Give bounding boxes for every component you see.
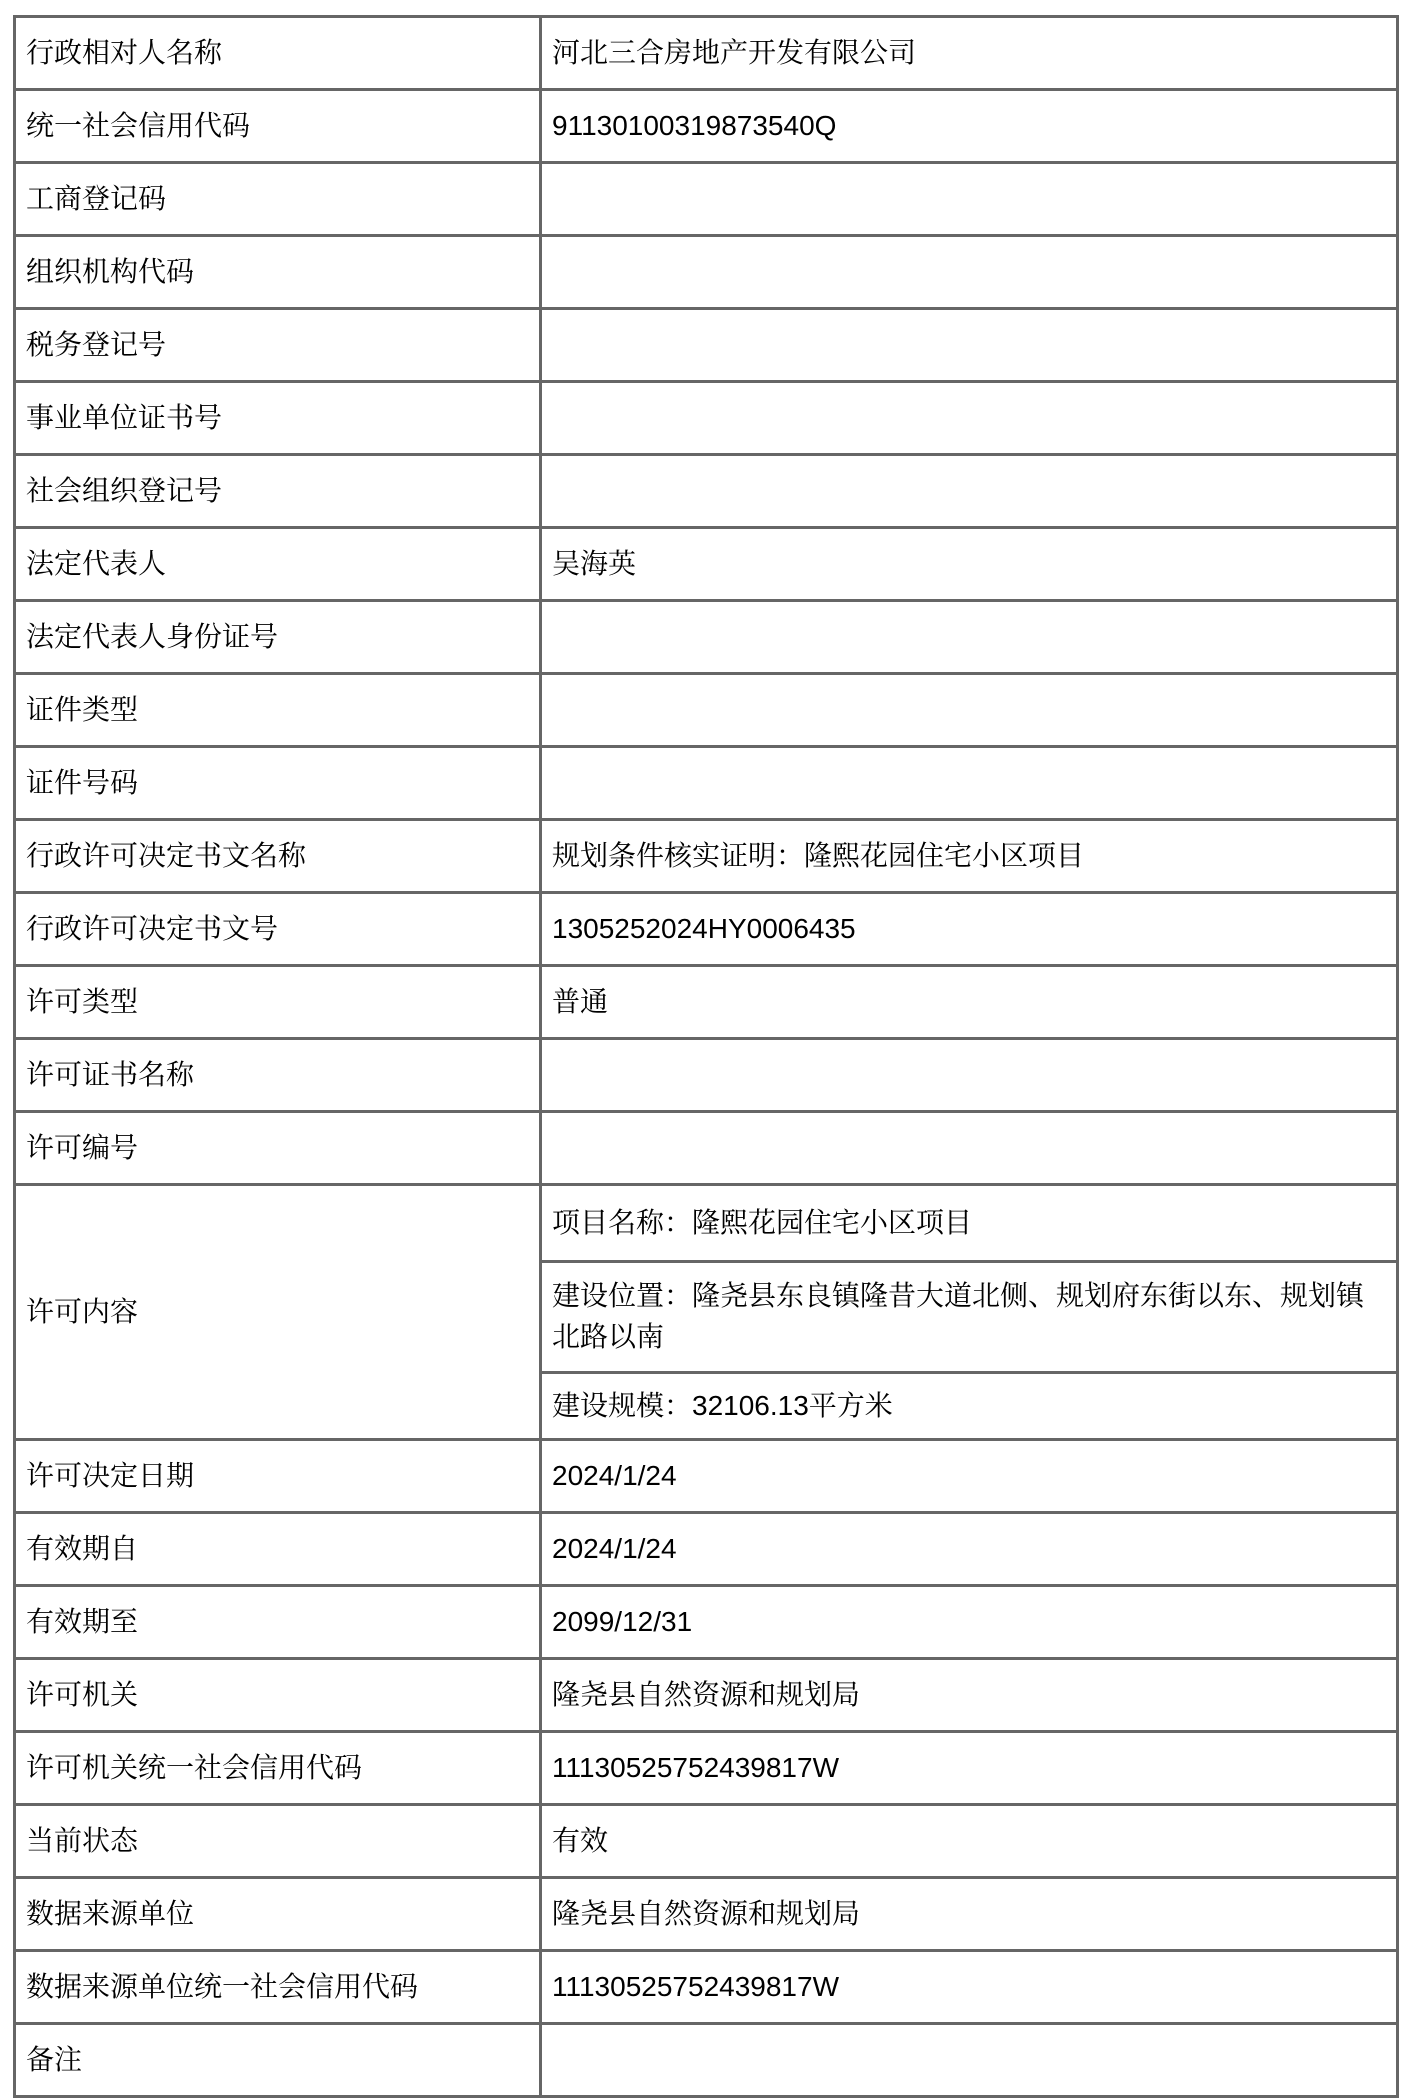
table-row: 事业单位证书号 (15, 382, 1398, 455)
row-value-cell: 1305252024HY0006435 (541, 893, 1398, 966)
row-value-cell (541, 455, 1398, 528)
table-row: 许可机关统一社会信用代码 11130525752439817W (15, 1732, 1398, 1805)
row-value-cell: 2024/1/24 (541, 1440, 1398, 1513)
table-row: 社会组织登记号 (15, 455, 1398, 528)
row-value-cell (541, 236, 1398, 309)
table-row: 有效期自 2024/1/24 (15, 1513, 1398, 1586)
table-row: 备注 (15, 2024, 1398, 2097)
row-label-cell: 工商登记码 (15, 163, 541, 236)
row-value-cell: 普通 (541, 966, 1398, 1039)
row-value-cell (541, 163, 1398, 236)
row-value-cell: 有效 (541, 1805, 1398, 1878)
table-row: 有效期至 2099/12/31 (15, 1586, 1398, 1659)
row-label-cell: 证件类型 (15, 674, 541, 747)
row-label-cell: 许可编号 (15, 1112, 541, 1185)
row-label-cell: 当前状态 (15, 1805, 541, 1878)
row-label-cell: 有效期自 (15, 1513, 541, 1586)
row-label-cell: 备注 (15, 2024, 541, 2097)
row-label-cell: 组织机构代码 (15, 236, 541, 309)
permit-content-row: 许可内容 项目名称：隆熙花园住宅小区项目 (15, 1185, 1398, 1262)
row-label-cell: 数据来源单位 (15, 1878, 541, 1951)
row-value-cell: 规划条件核实证明：隆熙花园住宅小区项目 (541, 820, 1398, 893)
row-label-cell: 行政相对人名称 (15, 17, 541, 90)
row-value-cell (541, 382, 1398, 455)
row-label-cell: 许可机关 (15, 1659, 541, 1732)
table-row: 证件类型 (15, 674, 1398, 747)
table-row: 许可编号 (15, 1112, 1398, 1185)
table-row: 组织机构代码 (15, 236, 1398, 309)
row-value-cell: 11130525752439817W (541, 1951, 1398, 2024)
row-label-cell: 许可类型 (15, 966, 541, 1039)
row-value-cell: 吴海英 (541, 528, 1398, 601)
row-value-cell: 河北三合房地产开发有限公司 (541, 17, 1398, 90)
table-row: 许可类型 普通 (15, 966, 1398, 1039)
row-value-cell: 91130100319873540Q (541, 90, 1398, 163)
permit-scale-cell: 建设规模：32106.13平方米 (541, 1373, 1398, 1440)
row-label-cell: 法定代表人 (15, 528, 541, 601)
row-label-cell: 许可机关统一社会信用代码 (15, 1732, 541, 1805)
row-value-cell (541, 2024, 1398, 2097)
row-value-cell (541, 674, 1398, 747)
table-row: 行政许可决定书文号 1305252024HY0006435 (15, 893, 1398, 966)
row-value-cell: 11130525752439817W (541, 1732, 1398, 1805)
table-row: 当前状态 有效 (15, 1805, 1398, 1878)
row-label-cell: 许可证书名称 (15, 1039, 541, 1112)
row-value-cell (541, 309, 1398, 382)
row-label-cell: 税务登记号 (15, 309, 541, 382)
table-row: 证件号码 (15, 747, 1398, 820)
table-row: 数据来源单位统一社会信用代码 11130525752439817W (15, 1951, 1398, 2024)
permit-location-cell: 建设位置：隆尧县东良镇隆昔大道北侧、规划府东街以东、规划镇北路以南 (541, 1262, 1398, 1373)
row-label-cell: 法定代表人身份证号 (15, 601, 541, 674)
table-row: 税务登记号 (15, 309, 1398, 382)
table-row: 法定代表人身份证号 (15, 601, 1398, 674)
row-label-cell: 社会组织登记号 (15, 455, 541, 528)
row-label-cell: 证件号码 (15, 747, 541, 820)
row-label-cell: 统一社会信用代码 (15, 90, 541, 163)
table-row: 许可证书名称 (15, 1039, 1398, 1112)
row-label-cell: 事业单位证书号 (15, 382, 541, 455)
table-row: 统一社会信用代码 91130100319873540Q (15, 90, 1398, 163)
row-value-cell (541, 747, 1398, 820)
row-label-cell: 许可决定日期 (15, 1440, 541, 1513)
table-row: 许可决定日期 2024/1/24 (15, 1440, 1398, 1513)
row-value-cell (541, 601, 1398, 674)
row-value-cell: 2024/1/24 (541, 1513, 1398, 1586)
permit-content-label-cell: 许可内容 (15, 1185, 541, 1440)
row-value-cell (541, 1112, 1398, 1185)
row-value-cell (541, 1039, 1398, 1112)
row-value-cell: 2099/12/31 (541, 1586, 1398, 1659)
table-row: 工商登记码 (15, 163, 1398, 236)
row-value-cell: 隆尧县自然资源和规划局 (541, 1878, 1398, 1951)
table-row: 行政相对人名称 河北三合房地产开发有限公司 (15, 17, 1398, 90)
table-row: 许可机关 隆尧县自然资源和规划局 (15, 1659, 1398, 1732)
row-label-cell: 行政许可决定书文名称 (15, 820, 541, 893)
row-label-cell: 行政许可决定书文号 (15, 893, 541, 966)
row-label-cell: 数据来源单位统一社会信用代码 (15, 1951, 541, 2024)
permit-project-name-cell: 项目名称：隆熙花园住宅小区项目 (541, 1185, 1398, 1262)
table-row: 法定代表人 吴海英 (15, 528, 1398, 601)
row-label-cell: 有效期至 (15, 1586, 541, 1659)
row-value-cell: 隆尧县自然资源和规划局 (541, 1659, 1398, 1732)
administrative-license-table: 行政相对人名称 河北三合房地产开发有限公司 统一社会信用代码 911301003… (13, 15, 1399, 2098)
table-row: 行政许可决定书文名称 规划条件核实证明：隆熙花园住宅小区项目 (15, 820, 1398, 893)
table-row: 数据来源单位 隆尧县自然资源和规划局 (15, 1878, 1398, 1951)
